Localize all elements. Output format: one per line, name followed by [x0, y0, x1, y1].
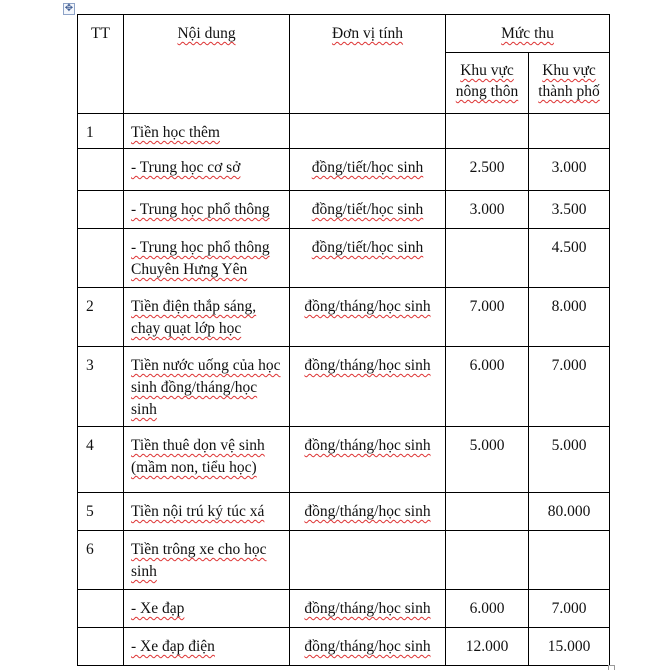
header-tt: TT — [78, 15, 124, 114]
header-don-vi: Đơn vị tính — [290, 15, 446, 114]
cell-nong-thon: 5.000 — [446, 427, 529, 493]
cell-nong-thon: 12.000 — [446, 628, 529, 666]
cell-tt: 2 — [78, 288, 124, 347]
cell-tt — [78, 229, 124, 288]
cell-tt: 1 — [78, 114, 124, 149]
cell-nong-thon: 6.000 — [446, 590, 529, 628]
cell-noi-dung: Tiền thuê dọn vệ sinh (mầm non, tiểu học… — [124, 427, 290, 493]
cell-noi-dung: Tiền nước uống của học sinh đồng/tháng/h… — [124, 347, 290, 427]
cell-nong-thon: 6.000 — [446, 347, 529, 427]
header-thanh-pho: Khu vực thành phố — [529, 53, 610, 114]
table-row: - Xe đạpđồng/tháng/học sinh6.0007.000 — [78, 590, 610, 628]
cell-thanh-pho: 3.500 — [529, 191, 610, 229]
table-row: 2Tiền điện thắp sáng, chạy quạt lớp họcđ… — [78, 288, 610, 347]
cell-noi-dung: - Trung học phổ thông — [124, 191, 290, 229]
cell-tt — [78, 191, 124, 229]
cell-don-vi — [290, 531, 446, 590]
header-row: TT Nội dung Đơn vị tính Mức thu — [78, 15, 610, 53]
cell-nong-thon: 3.000 — [446, 191, 529, 229]
cell-noi-dung: - Xe đạp — [124, 590, 290, 628]
cell-thanh-pho: 15.000 — [529, 628, 610, 666]
cell-nong-thon: 2.500 — [446, 149, 529, 191]
cell-thanh-pho: 7.000 — [529, 347, 610, 427]
cell-tt — [78, 590, 124, 628]
header-noi-dung: Nội dung — [124, 15, 290, 114]
cell-don-vi — [290, 114, 446, 149]
table-row: 4Tiền thuê dọn vệ sinh (mầm non, tiểu họ… — [78, 427, 610, 493]
cell-thanh-pho — [529, 114, 610, 149]
cell-nong-thon: 7.000 — [446, 288, 529, 347]
cell-tt: 4 — [78, 427, 124, 493]
cell-nong-thon — [446, 531, 529, 590]
table-row: - Xe đạp điệnđồng/tháng/học sinh12.00015… — [78, 628, 610, 666]
cell-don-vi: đồng/tháng/học sinh — [290, 427, 446, 493]
cell-nong-thon — [446, 114, 529, 149]
cell-don-vi: đồng/tháng/học sinh — [290, 347, 446, 427]
cell-nong-thon — [446, 493, 529, 531]
table-row: - Trung học phổ thông Chuyên Hưng Yênđồn… — [78, 229, 610, 288]
table-move-icon[interactable]: ✥ — [63, 3, 75, 15]
cell-thanh-pho: 80.000 — [529, 493, 610, 531]
table-resize-icon[interactable] — [608, 665, 615, 670]
table-row: 5Tiền nội trú ký túc xáđồng/tháng/học si… — [78, 493, 610, 531]
table-row: 3Tiền nước uống của học sinh đồng/tháng/… — [78, 347, 610, 427]
cell-tt: 3 — [78, 347, 124, 427]
cell-thanh-pho — [529, 531, 610, 590]
cell-don-vi: đồng/tiết/học sinh — [290, 149, 446, 191]
cell-tt: 6 — [78, 531, 124, 590]
header-muc-thu: Mức thu — [446, 15, 610, 53]
cell-noi-dung: - Trung học phổ thông Chuyên Hưng Yên — [124, 229, 290, 288]
header-nong-thon: Khu vực nông thôn — [446, 53, 529, 114]
cell-don-vi: đồng/tiết/học sinh — [290, 191, 446, 229]
cell-don-vi: đồng/tiết/học sinh — [290, 229, 446, 288]
cell-noi-dung: Tiền điện thắp sáng, chạy quạt lớp học — [124, 288, 290, 347]
table-row: 6Tiền trông xe cho học sinh — [78, 531, 610, 590]
cell-don-vi: đồng/tháng/học sinh — [290, 493, 446, 531]
table-row: 1Tiền học thêm — [78, 114, 610, 149]
cell-tt — [78, 149, 124, 191]
cell-tt — [78, 628, 124, 666]
cell-thanh-pho: 5.000 — [529, 427, 610, 493]
cell-don-vi: đồng/tháng/học sinh — [290, 628, 446, 666]
cell-thanh-pho: 4.500 — [529, 229, 610, 288]
cell-thanh-pho: 3.000 — [529, 149, 610, 191]
cell-thanh-pho: 8.000 — [529, 288, 610, 347]
cell-don-vi: đồng/tháng/học sinh — [290, 590, 446, 628]
cell-noi-dung: Tiền trông xe cho học sinh — [124, 531, 290, 590]
cell-noi-dung: - Xe đạp điện — [124, 628, 290, 666]
cell-noi-dung: Tiền học thêm — [124, 114, 290, 149]
table-row: - Trung học cơ sởđồng/tiết/học sinh2.500… — [78, 149, 610, 191]
cell-noi-dung: Tiền nội trú ký túc xá — [124, 493, 290, 531]
cell-tt: 5 — [78, 493, 124, 531]
cell-don-vi: đồng/tháng/học sinh — [290, 288, 446, 347]
table-row: - Trung học phổ thôngđồng/tiết/học sinh3… — [78, 191, 610, 229]
cell-thanh-pho: 7.000 — [529, 590, 610, 628]
fee-table: TT Nội dung Đơn vị tính Mức thu Khu vực … — [77, 14, 610, 666]
cell-nong-thon — [446, 229, 529, 288]
cell-noi-dung: - Trung học cơ sở — [124, 149, 290, 191]
